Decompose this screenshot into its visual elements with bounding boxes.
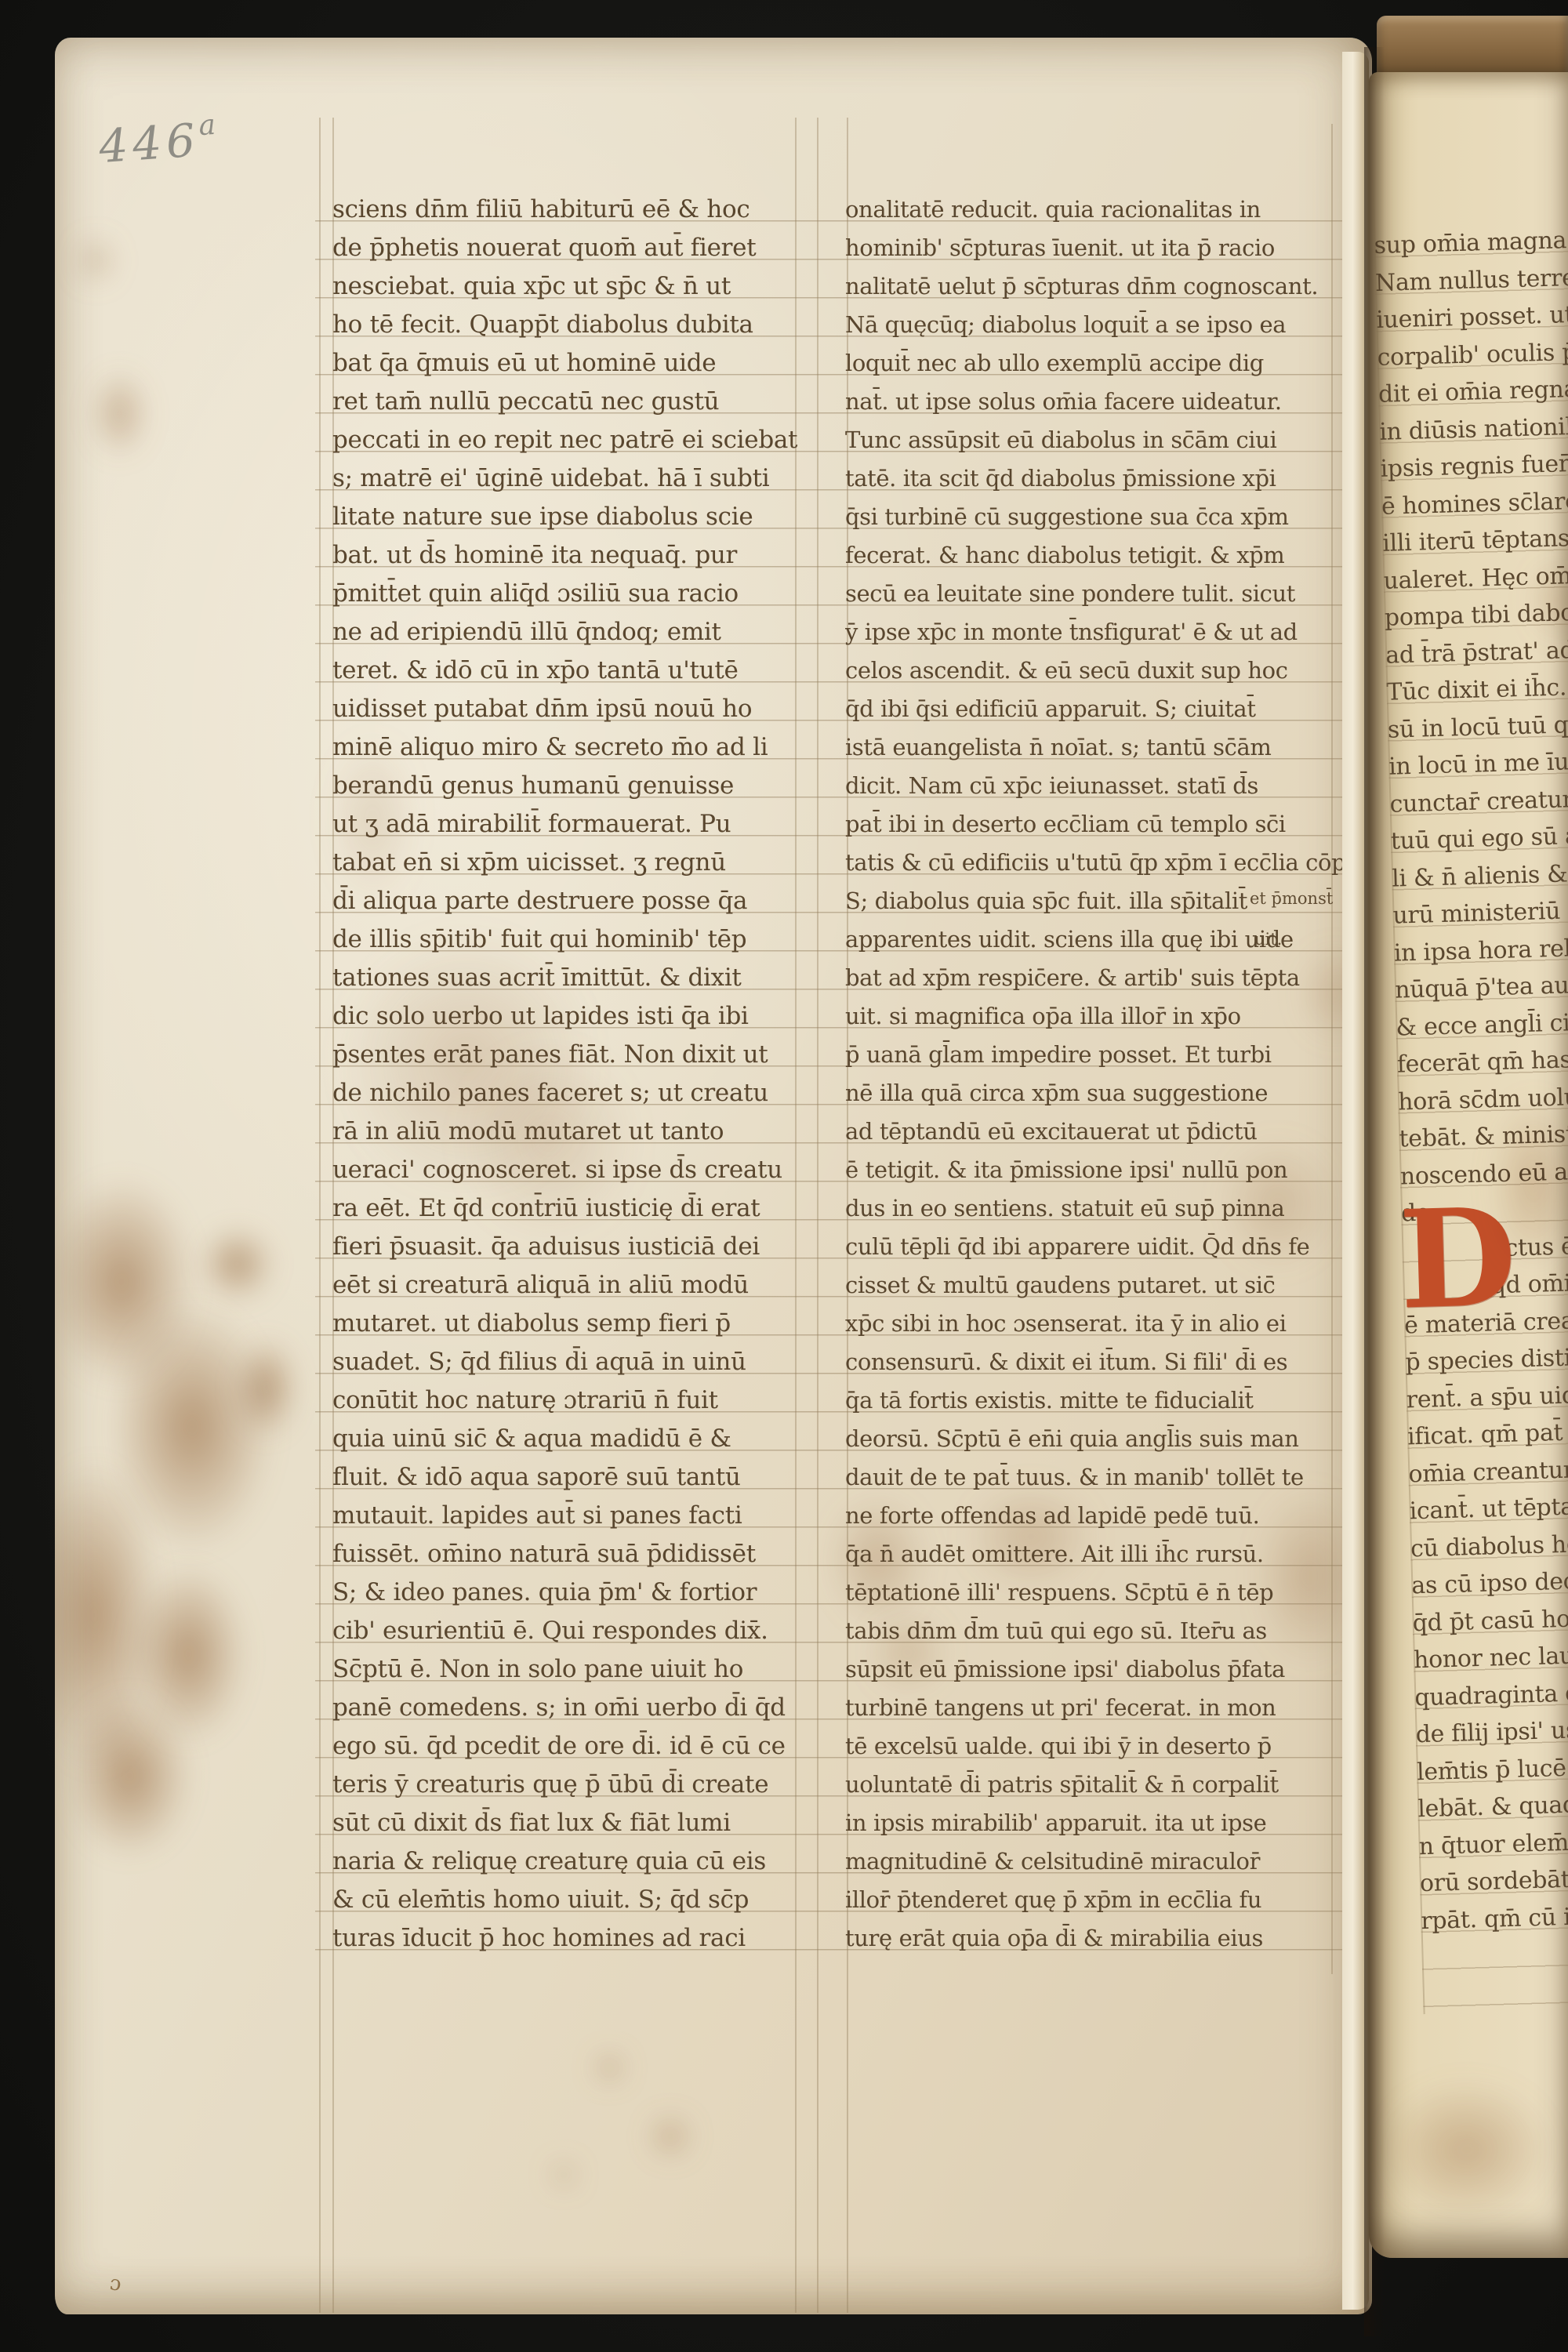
text-line: conūtit hoc naturę ɔtrariū n̄ fuit [332,1381,803,1420]
text-line: q̄d p̄t casū hominis [1412,1597,1568,1642]
text-line: culū tēpli q̄d ibi apparere uidit. Q̄d d… [845,1228,1350,1266]
text-line: de p̄phetis nouerat quom̄ aut̄ fieret [332,229,803,267]
folio-number: 446 [97,113,201,173]
text-line: pat̄ ibi in deserto ecc̄liam cū templo s… [845,805,1350,844]
text-line: ego sū. q̄d pcedit de ore d̄i. id ē cū c… [332,1727,803,1766]
text-line: sūt cū dixit d̄s fiat lux & fiāt lumi [332,1804,803,1842]
text-line: & cū elem̄tis homo uiuit. S; q̄d sc̄p [332,1881,803,1919]
text-line: fuissēt. om̄ino naturā suā p̄didissēt [332,1535,803,1573]
right-text-column: D sup om̄ia magna &Nam nullus terreniuen… [1374,220,1568,2015]
text-line: illi iterū tēptans si [1382,517,1568,562]
text-line: in ipsa hora reliquit [1393,927,1568,972]
text-line: de filij ipsi' usq; ad no [1415,1709,1568,1754]
text-line: om̄ia creantur. sp̄c sc̄s [1408,1448,1568,1493]
text-line: nesciebat. quia xp̄c ut sp̄c & n̄ ut [332,267,803,306]
text-line: uit. si magnifica op̄a illa illor̄ in xp… [845,997,1350,1036]
stain [549,2160,579,2190]
text-line: onalitatē reducit. quia racionalitas in [845,191,1350,229]
text-line: cisset & multū gaudens putaret. ut sic̄ [845,1266,1350,1305]
text-line: dic solo uerbo ut lapides isti q̄a ibi [332,997,803,1036]
text-line: tabat en̄ si xp̄m uicisset. ʒ regnū [332,844,803,882]
text-line: ret tam̄ nullū peccatū nec gustū [332,383,803,421]
text-line: hominib' sc̄pturas īuenit. ut ita p̄ rac… [845,229,1350,267]
text-line: ipsis regnis fuer̄t sc̄ [1380,443,1568,488]
text-line: teret. & idō cū in xp̄o tantā u'tutē [332,652,803,690]
stain [200,1227,274,1301]
text-line: sūpsit eū p̄missione ipsi' diabolus p̄fa… [845,1650,1350,1689]
text-line: bat q̄a q̄muis eū ut hominē uide [332,344,803,383]
rubricated-initial-D: D [1397,1192,1483,1340]
text-line: bat. ut d̄s hominē ita nequaq̄. pur [332,536,803,575]
text-line: mutaret. ut diabolus semp fieri p̄ [332,1305,803,1343]
text-line: peccati in eo repit nec patrē ei sciebat [332,421,803,459]
text-line: n q̄tuor elem̄tis uelut [1418,1820,1568,1865]
text-line: tatis & cū edificiis u'tutū q̄p xp̄m ī e… [845,844,1350,882]
text-line: li & n̄ alienis & fallac [1392,853,1568,898]
margin-note: et p̄monst̄ [1250,889,1333,908]
text-line: lem̄tis p̄ lucē agnitior [1416,1746,1568,1791]
text-line: dauit de te pat̄ tuus. & in manib' tollē… [845,1458,1350,1497]
text-line: xp̄c sibi in hoc ɔsenserat. ita ȳ in ali… [845,1305,1350,1343]
text-line: in diūsis nationib'. a [1379,406,1568,451]
stain [1381,2079,1553,2220]
text-line: & ecce angl̄i ciues celo [1396,1002,1568,1047]
text-line: q̄a n̄ audēt omittere. Ait illi ih̄c rur… [845,1535,1350,1573]
stain [55,1458,161,1772]
left-text-column: sciens dn̄m filiū habiturū eē & hocde p̄… [332,191,803,1961]
text-line: ho tē fecit. Quapp̄t diabolus dubita [332,306,803,344]
text-line: ualeret. Hęc om̄ia [1383,555,1568,600]
text-line: fecerat. & hanc diabolus tetigit. & xp̄m [845,536,1350,575]
text-line: Tunc assūpsit eū diabolus in sc̄ām ciui [845,421,1350,459]
right-page: D sup om̄ia magna &Nam nullus terreniuen… [1369,72,1568,2258]
manuscript-photo: { "manuscript": { "folio_annotation": { … [0,0,1568,2352]
text-line: rpāt. qm̄ cū in circui [1421,1895,1568,1940]
stain [129,1564,247,1744]
page-fore-edge [1342,52,1369,2310]
text-line: turas īducit p̄ hoc homines ad raci [332,1919,803,1958]
text-line: sup om̄ia magna & [1374,220,1568,265]
text-line: q̄si turbinē cū suggestione sua c̄ca xp̄… [845,498,1350,536]
text-line: q̄a tā fortis existis. mitte te fiducial… [845,1381,1350,1420]
text-line: dicit. Nam cū xp̄c ieiunasset. statī d̄s [845,767,1350,805]
text-line: nē illa quā circa xp̄m sua suggestione [845,1074,1350,1112]
stain [55,1176,196,1388]
text-line: nat̄. ut ipse solus om̄ia facere uideatu… [845,383,1350,421]
text-line: tēptationē illi' respuens. Sc̄ptū ē n̄ t… [845,1573,1350,1612]
text-line: uoluntatē d̄i patris sp̄italit̄ & n̄ cor… [845,1766,1350,1804]
text-line: lebāt. & quadraginta [1417,1784,1568,1828]
text-line: sū in locū tuū qui t̄ [1387,704,1568,749]
text-line: quia uinū sic̄ & aqua madidū ē & [332,1420,803,1458]
text-line: secū ea leuitate sine pondere tulit. sic… [845,575,1350,613]
text-line: fecerāt qm̄ has tēptat [1396,1039,1568,1083]
text-line: cib' esurientiū ē. Qui respondes dix̄. [332,1612,803,1650]
text-line: p̄sentes erāt panes fiāt. Non dixit ut [332,1036,803,1074]
text-line: ueraci' cognosceret. si ipse d̄s creatu [332,1151,803,1189]
text-line: berandū genus humanū genuisse [332,767,803,805]
ruling-vertical [319,118,321,2313]
text-line: Nam nullus terren [1374,257,1568,302]
margin-note: uit. [1254,930,1282,949]
stain [74,235,118,286]
text-line: Sc̄ptū ē. Non in solo pane uiuit ho [332,1650,803,1689]
text-line: bat ad xp̄m respic̄ere. & artib' suis tē… [845,959,1350,997]
text-line: cunctar̄ creaturar̄. dn̄ [1389,779,1568,823]
text-line: p̄ species distincte eēnt [1405,1337,1568,1381]
text-line: in locū in me īuenis. [1388,741,1568,786]
stain [110,1301,274,1552]
text-line: ut ʒ adā mirabilit̄ formauerat. Pu [332,805,803,844]
text-line: eēt si creaturā aliquā in aliū modū [332,1266,803,1305]
text-line: de illis sp̄itib' fuit qui hominib' tēp [332,920,803,959]
text-line: consensurū. & dixit ei it̄um. Si fili' d… [845,1343,1350,1381]
text-line: ȳ ipse xp̄c in monte t̄nsfigurat' ē & ut… [845,613,1350,652]
text-line: in ipsis mirabilib' apparuit. ita ut ips… [845,1804,1350,1842]
stain [647,2113,694,2160]
text-line: cū diabolus hominē & [1410,1523,1568,1567]
text-line: horā sc̄dm uoluntatē [1398,1076,1568,1121]
text-line: urū ministeriū ei e [1392,890,1568,935]
right-column-lines: sup om̄ia magna &Nam nullus terreniuenir… [1374,220,1568,1940]
stain [235,1337,298,1439]
text-line: tē excelsū ualde. qui ibi ȳ in deserto p… [845,1727,1350,1766]
text-line: ē tetigit. & ita p̄missione ipsi' nullū … [845,1151,1350,1189]
middle-text-column: onalitatē reducit. quia racionalitas inh… [845,191,1350,1961]
text-line: tationes suas acrit̄ īmittūt. & dixit [332,959,803,997]
text-line: orū sordebāt cū n̄dū [1419,1858,1568,1903]
text-line: mutauit. lapides aut̄ si panes facti [332,1497,803,1535]
text-line: suadet. S; q̄d filius d̄i aquā in uinū [332,1343,803,1381]
text-line: p̄ uanā gl̄am impedire posset. Et turbi [845,1036,1350,1074]
text-line: turę erāt quia op̄a d̄i & mirabilia eius [845,1919,1350,1958]
text-line: S; & ideo panes. quia p̄m' & fortior [332,1573,803,1612]
text-line: celos ascendit. & eū secū duxit sup hoc [845,652,1350,690]
text-line: de nichilo panes faceret s; ut creatu [332,1074,803,1112]
text-line: s; matrē ei' ūginē uidebat. hā ī subti [332,459,803,498]
text-line: tabis dn̄m d̄m tuū qui ego sū. Iter̄u as [845,1612,1350,1650]
text-line: loquit̄ nec ab ullo exemplū accipe dig [845,344,1350,383]
text-line: pompa tibi dabo q̄ [1384,592,1568,637]
text-line: turbinē tangens ut pri' fecerat. in mon [845,1689,1350,1727]
text-line: sciens dn̄m filiū habiturū eē & hoc [332,191,803,229]
text-line: teris ȳ creaturis quę p̄ ūbū d̄i create [332,1766,803,1804]
text-line: ne forte offendas ad lapidē pedē tuū. [845,1497,1350,1535]
text-line: minē aliquo miro & secreto m̄o ad li [332,728,803,767]
text-line: rā in aliū modū mutaret ut tanto [332,1112,803,1151]
text-line: rent̄. a sp̄u uidet̄ a sp̄u [1406,1374,1568,1418]
ruling-vertical [817,118,818,2313]
text-line: istā euangelista n̄ noīat. s; tantū sc̄ā… [845,728,1350,767]
text-line: uidisset putabat dn̄m ipsū nouū ho [332,690,803,728]
folio-suffix: a [198,109,216,142]
text-line: Tūc dixit ei ih̄c. Vad [1386,666,1568,711]
text-line: ad t̄rā p̄strat' adora [1385,630,1568,674]
text-line: p̄mitt̄et quin aliq̄d ɔsiliū sua racio [332,575,803,613]
text-line: magnitudinē & celsitudinē miraculor̄ [845,1842,1350,1881]
text-line: ificat. qm̄ pat̄ ē et uiu [1406,1411,1568,1456]
left-page: 446a sciens dn̄m filiū habiturū eē & hoc… [55,38,1372,2314]
text-line: ad tēptandū eū excitauerat ut p̄dictū [845,1112,1350,1151]
text-line: honor nec laus exhib [1413,1635,1568,1679]
text-line: deorsū. Sc̄ptū ē en̄i quia angl̄is suis … [845,1420,1350,1458]
stain [67,1693,192,1858]
stain [90,368,149,459]
text-line: ne ad eripiendū illū q̄ndoq; emit [332,613,803,652]
text-line: tebāt. & ministrabāt [1399,1113,1568,1158]
text-line: fluit. & idō aqua saporē suū tantū [332,1458,803,1497]
text-line: d̄i aliqua parte destruere posse q̄a [332,882,803,920]
text-line: dus in eo sentiens. statuit eū sup̄ pinn… [845,1189,1350,1228]
text-line: quadraginta dieb' ubi [1414,1671,1568,1716]
stain [592,2050,627,2085]
quire-mark: ɔ [108,2271,123,2296]
text-line: fieri p̄suasit. q̄a aduisus iusticiā dei [332,1228,803,1266]
text-line: tuū qui ego sū adora [1390,815,1568,860]
text-line: icant̄. ut tēptaret̄ ad [1409,1486,1568,1530]
text-line: ē homines sc̄lares p [1381,481,1568,525]
text-line: litate nature sue ipse diabolus scie [332,498,803,536]
text-line: Nā quęcūq; diabolus loquit̄ a se ipso ea [845,306,1350,344]
text-line: tatē. ita scit q̄d diabolus p̄missione x… [845,459,1350,498]
text-line: naria & reliquę creaturę quia cū eis [332,1842,803,1881]
text-line: corpalib' oculis p̄spic [1377,332,1568,376]
text-line: nalitatē uelut p̄ sc̄pturas dn̄m cognosc… [845,267,1350,306]
text-line: as cū ipso decepit. Et [1411,1560,1568,1605]
text-line: ra eēt. Et q̄d cont̄riū iusticię d̄i era… [332,1189,803,1228]
text-line: iueniri posset. ut t [1376,294,1568,339]
text-line: dit ei om̄ia regna m [1377,368,1568,413]
text-line: nūquā p̄'tea auderet [1395,964,1568,1009]
folio-annotation: 446a [97,109,219,173]
text-line: illor̄ p̄tenderet quę p̄ xp̄m in ecc̄lia… [845,1881,1350,1919]
text-line: panē comedens. s; in om̄i uerbo d̄i q̄d [332,1689,803,1727]
text-line: q̄d ibi q̄si edificiū apparuit. S; ciuit… [845,690,1350,728]
